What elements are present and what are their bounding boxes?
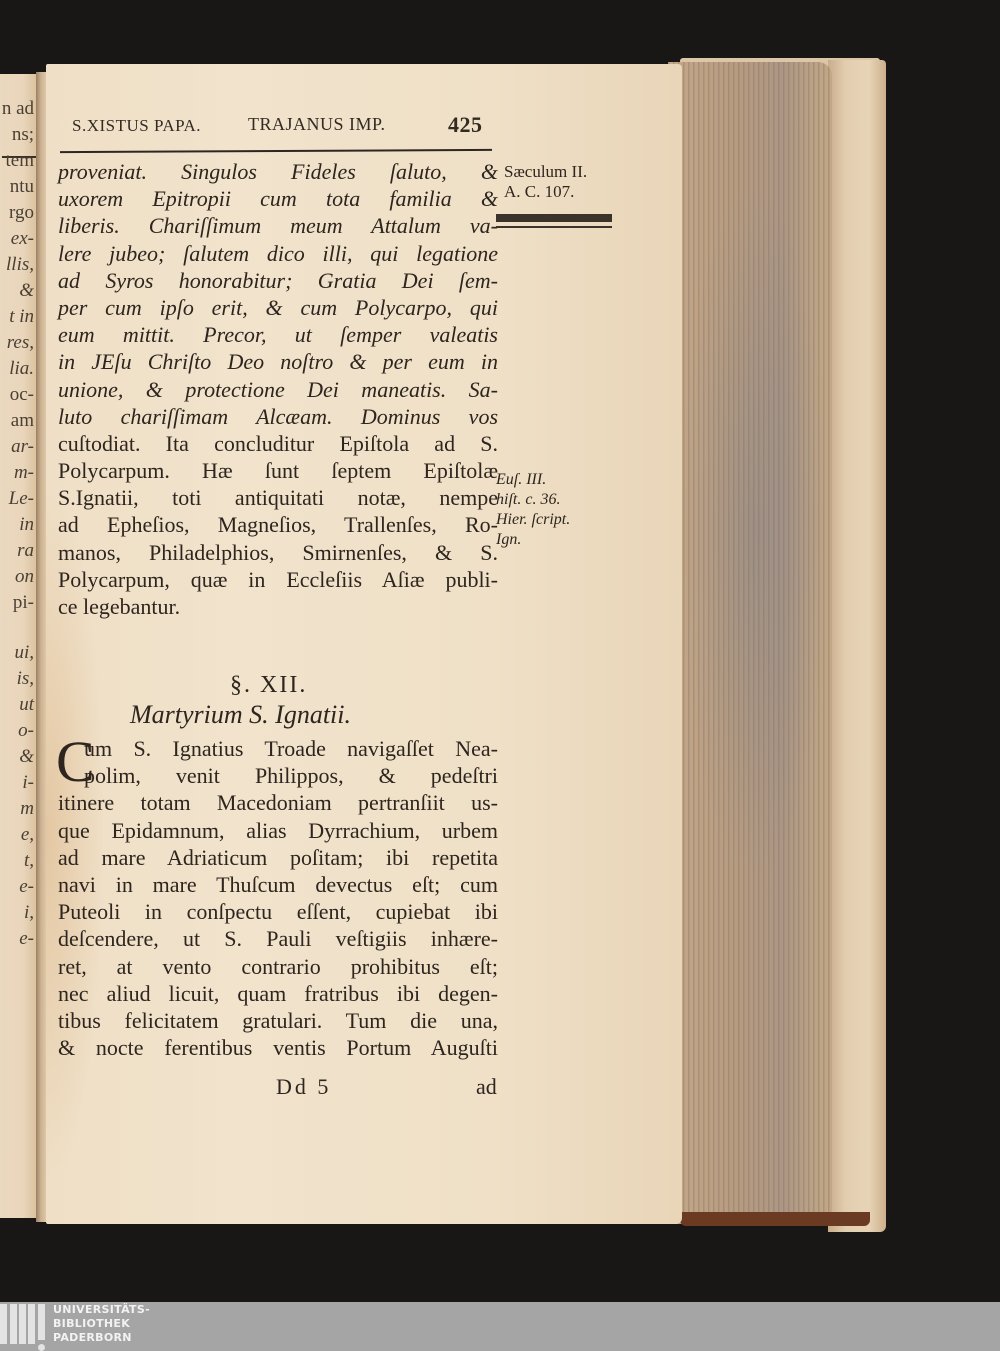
catchword: ad [476,1074,497,1100]
drop-cap: C [56,733,95,791]
library-name: UNIVERSITÄTS- BIBLIOTHEK PADERBORN [53,1303,150,1345]
left-page-fragment: & [19,278,34,304]
text-line: lere jubeo; ſalutem dico illi, qui legat… [58,240,498,267]
library-name-line-3: PADERBORN [53,1331,150,1345]
text-line: unione, & protectione Dei maneatis. Sa- [58,376,498,403]
text-line: ce legebantur. [58,593,498,620]
book-cover-edge [828,60,886,1232]
text-line: polim, venit Philippos, & pedeſtri [58,762,498,789]
page-block-fore-edge [668,62,832,1224]
library-name-line-1: UNIVERSITÄTS- [53,1303,150,1317]
text-line: in JEſu Chriſto Deo noſtro & per eum in [58,348,498,375]
text-line: Polycarpum. Hæ ſunt ſeptem Epiſtolæ [58,457,498,484]
left-page-fragment: m- [14,460,34,486]
page-425: S.XISTUS PAPA. TRAJANUS IMP. 425 proveni… [46,64,682,1224]
running-head-center: TRAJANUS IMP. [248,114,386,135]
left-page-fragment: am [11,408,34,434]
text-line: Polycarpum, quæ in Eccleſiis Aſiæ publi- [58,566,498,593]
left-page-fragment: llis, [6,252,34,278]
left-page-fragment: lia. [9,356,34,382]
left-page-fragment: & [19,744,34,770]
left-facing-page: n adns;temnturgoex-llis,&t inres,lia.oc-… [0,74,38,1218]
left-page-fragment: ui, [14,640,34,666]
left-page-fragment: ra [17,538,34,564]
text-line: proveniat. Singulos Fideles ſaluto, & [58,158,498,185]
left-page-fragment: oc- [10,382,34,408]
text-line: per cum ipſo erit, & cum Polycarpo, qui [58,294,498,321]
left-page-fragment: t, [24,848,34,874]
margin-rule-thin [496,226,612,228]
text-line: ad Syros honorabitur; Gratia Dei ſem- [58,267,498,294]
signature-mark: Dd 5 [276,1074,331,1100]
left-page-fragment: i, [24,900,34,926]
left-page-fragment: o- [18,718,34,744]
margin-note-references: Euſ. III.hiſt. c. 36.Hier. ſcript.Ign. [496,470,616,550]
margin-era-century: Sæculum II. [504,162,587,182]
text-line: luto chariſſimam Alcæam. Dominus vos [58,403,498,430]
text-line: cuſtodiat. Ita concluditur Epiſtola ad S… [58,430,498,457]
book-bottom-edge [680,1212,870,1226]
text-line: nec aliud licuit, quam fratribus ibi deg… [58,980,498,1007]
margin-rule-thick [496,214,612,222]
left-page-fragment: ex- [11,226,34,252]
left-page-fragment: e- [19,926,34,952]
left-page-fragment: pi- [13,590,34,616]
margin-reference-line: Hier. ſcript. [496,510,616,530]
left-page-fragment: m [20,796,34,822]
margin-era-year: A. C. 107. [504,182,587,202]
text-line: uxorem Epitropii cum tota familia & [58,185,498,212]
text-line: & nocte ferentibus ventis Portum Auguſti [58,1034,498,1061]
section-title: Martyrium S. Ignatii. [130,700,351,730]
page-number: 425 [448,112,483,138]
left-page-fragment: i- [22,770,34,796]
left-page-fragment: is, [17,666,34,692]
margin-note-era: Sæculum II. A. C. 107. [504,162,587,202]
running-head-left: S.XISTUS PAPA. [72,116,201,136]
left-page-fragment: tem [6,148,35,174]
left-page-fragment: ntu [10,174,34,200]
left-page-fragment: in [19,512,34,538]
margin-reference-line: Ign. [496,530,616,550]
library-footer-banner: UNIVERSITÄTS- BIBLIOTHEK PADERBORN [0,1302,1000,1351]
margin-reference-line: hiſt. c. 36. [496,490,616,510]
text-line: ad mare Adriaticum poſitam; ibi repetita [58,844,498,871]
left-page-fragment: e, [21,822,34,848]
left-page-fragment: on [15,564,34,590]
left-page-fragment: res, [7,330,34,356]
head-rule [60,149,492,153]
left-page-fragment: e- [19,874,34,900]
book-scan: n adns;temnturgoex-llis,&t inres,lia.oc-… [0,0,1000,1302]
left-page-fragment: ar- [11,434,34,460]
text-line: Puteoli in conſpectu eſſent, cupiebat ib… [58,898,498,925]
margin-reference-line: Euſ. III. [496,470,616,490]
left-page-fragment: t in [9,304,34,330]
paragraph-1: proveniat. Singulos Fideles ſaluto, &uxo… [58,158,498,620]
text-line: um S. Ignatius Troade navigaſſet Nea- [58,735,498,762]
paragraph-2: C um S. Ignatius Troade navigaſſet Nea-p… [58,735,498,1061]
text-line: manos, Philadelphios, Smirnenſes, & S. [58,539,498,566]
left-page-fragment: n ad [2,96,34,122]
text-line: ad Epheſios, Magneſios, Trallenſes, Ro- [58,511,498,538]
text-line: deſcendere, ut S. Pauli veſtigiis inhære… [58,925,498,952]
text-line: S.Ignatii, toti antiquitati notæ, nempe [58,484,498,511]
left-page-fragment: Le- [9,486,34,512]
text-line: que Epidamnum, alias Dyrrachium, urbem [58,817,498,844]
text-line: eum mittit. Precor, ut ſemper valeatis [58,321,498,348]
left-page-fragment: ns; [12,122,34,148]
text-line: ret, at vento contrario prohibitus eſt; [58,953,498,980]
left-page-fragment: rgo [9,200,34,226]
library-name-line-2: BIBLIOTHEK [53,1317,150,1331]
text-line: tibus felicitatem gratulari. Tum die una… [58,1007,498,1034]
left-page-fragment: ut [19,692,34,718]
text-line: itinere totam Macedoniam pertranſiit us- [58,789,498,816]
text-line: liberis. Chariſſimum meum Attalum va- [58,212,498,239]
section-number: §. XII. [230,672,307,699]
text-line: navi in mare Thuſcum devectus eſt; cum [58,871,498,898]
